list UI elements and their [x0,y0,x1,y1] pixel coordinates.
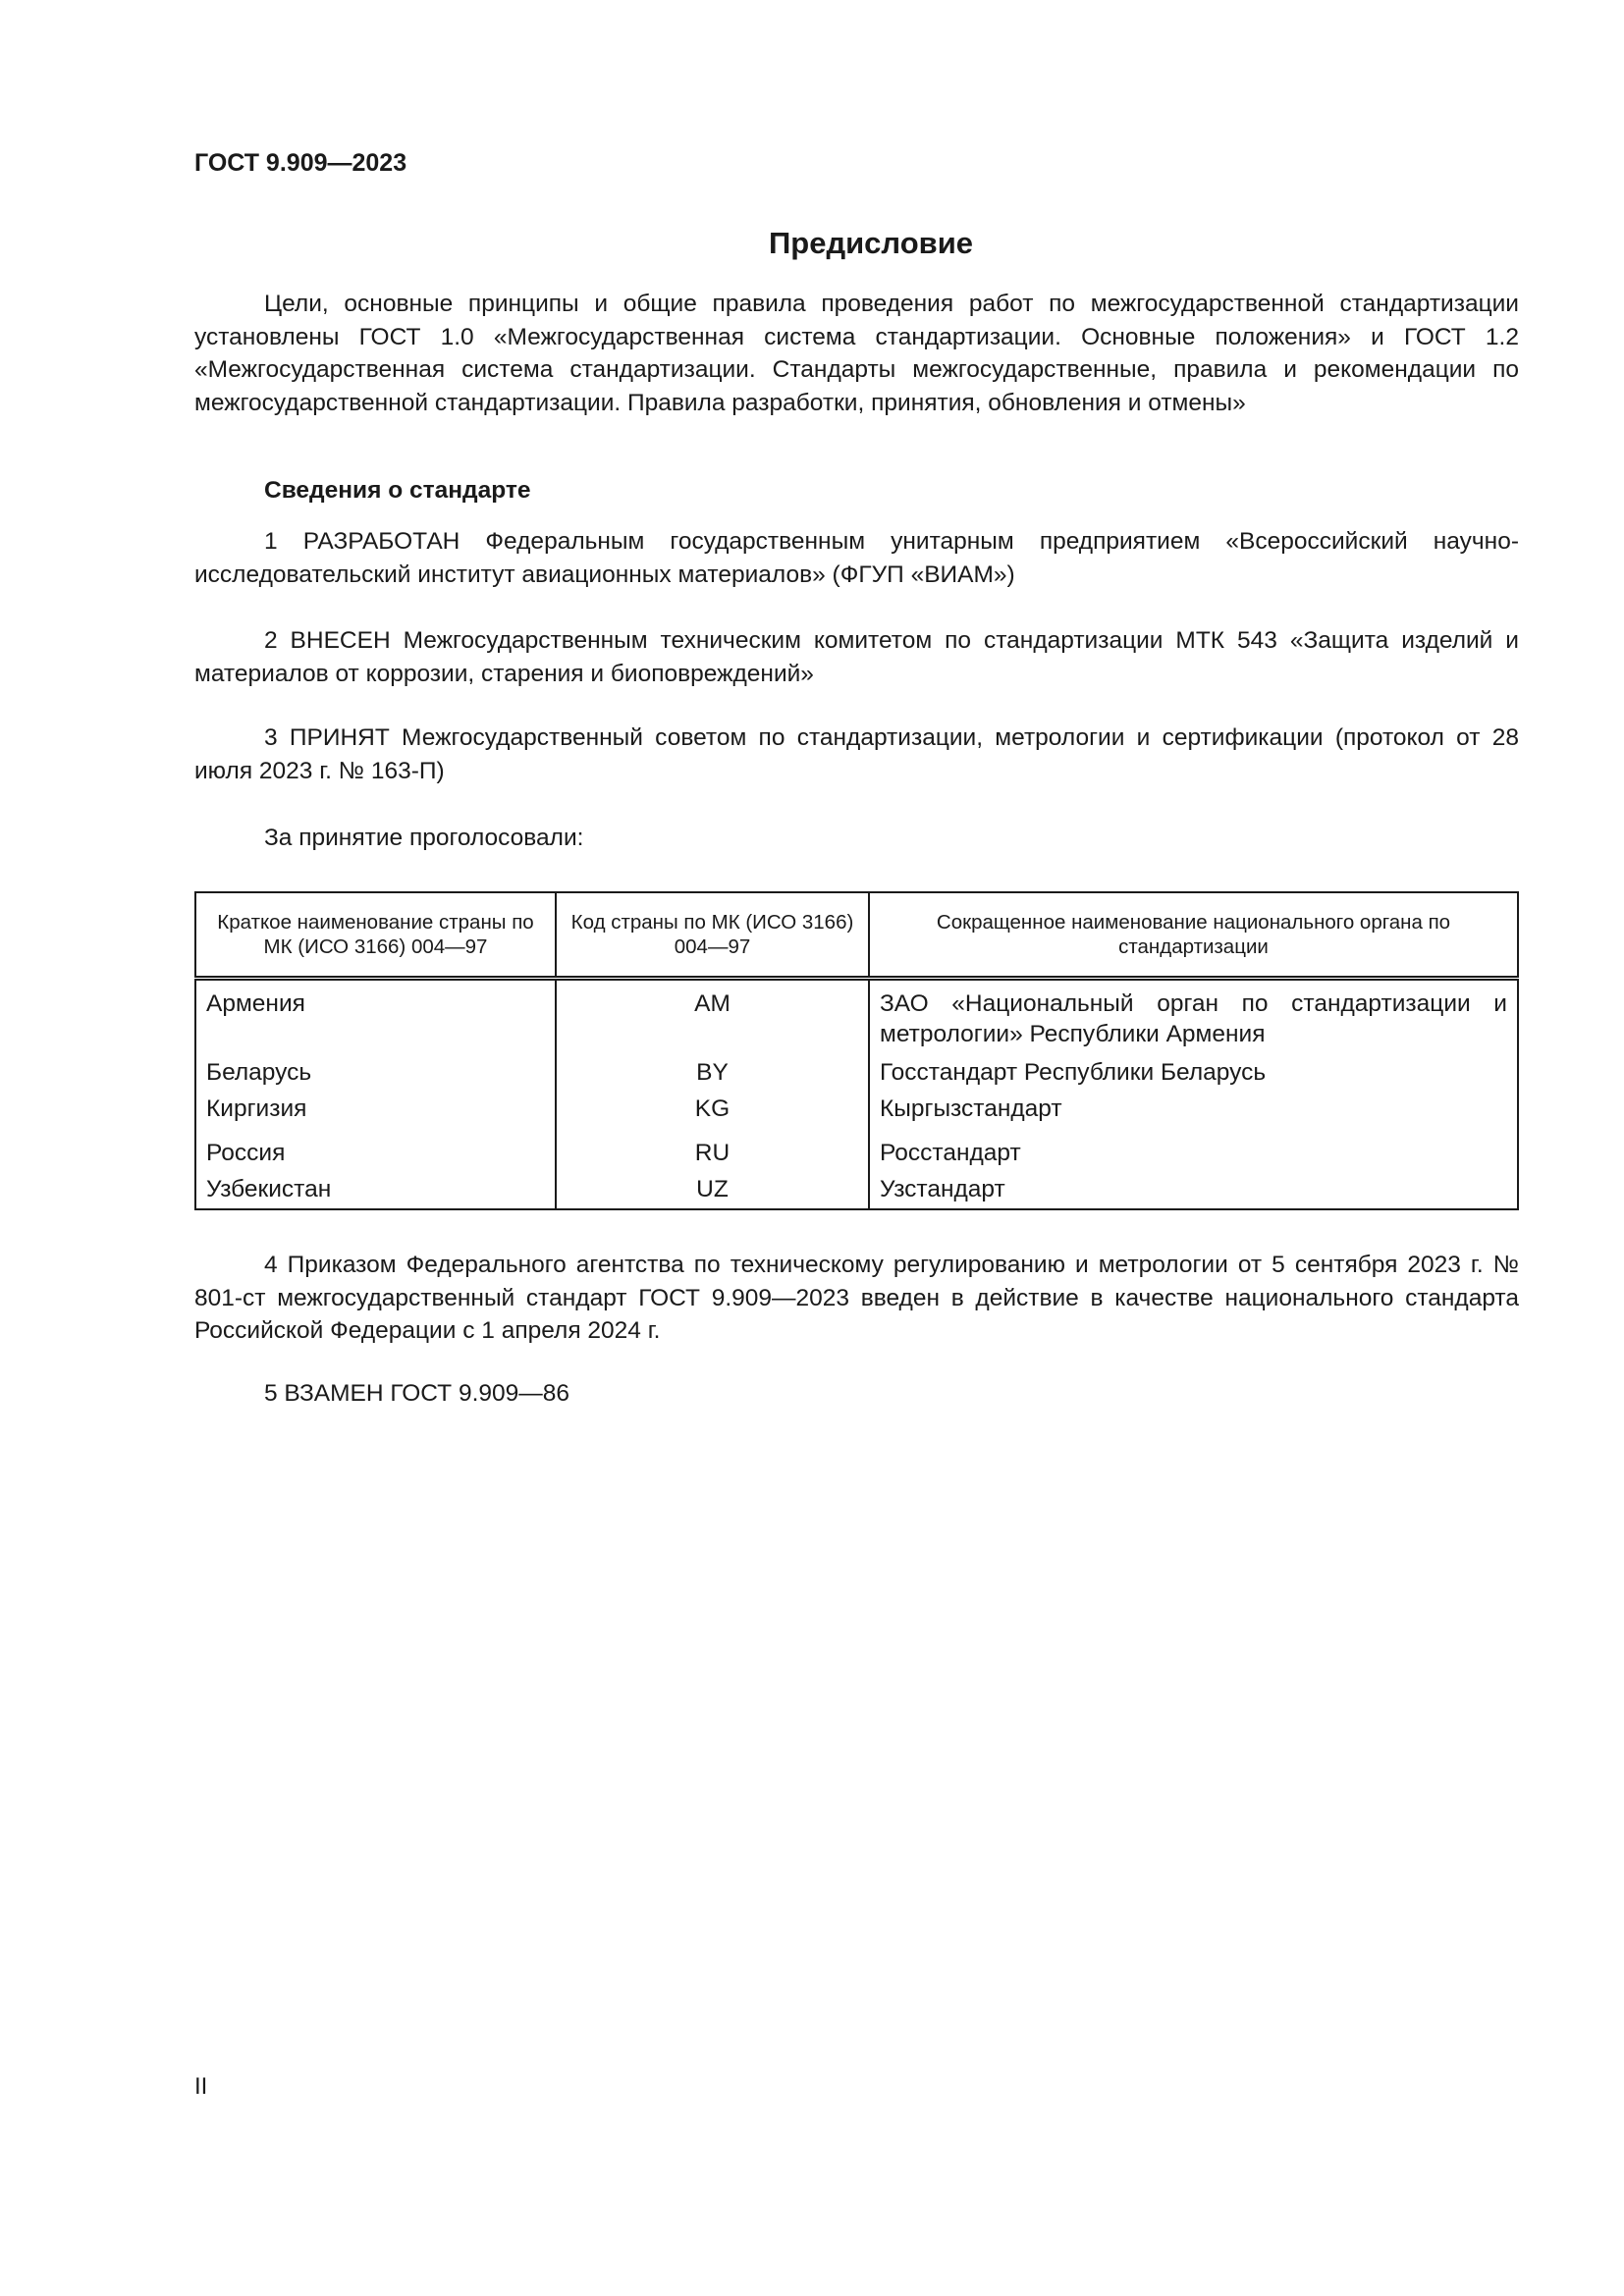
national-body: ЗАО «Национальный орган по стандартизаци… [869,979,1518,1052]
country-name: Россия [195,1126,556,1170]
country-code: RU [556,1126,869,1170]
country-name: Беларусь [195,1051,556,1090]
page-number: II [194,2073,207,2101]
header-country-code: Код страны по МК (ИСО 3166) 004—97 [556,892,869,979]
country-name: Армения [195,979,556,1052]
item-2-submitted: 2 ВНЕСЕН Межгосударственным техническим … [194,624,1519,690]
item-4-enacted: 4 Приказом Федерального агентства по тех… [194,1249,1519,1348]
page-title: Предисловие [0,226,1624,261]
national-body: Госстандарт Республики Беларусь [869,1051,1518,1090]
section-heading: Сведения о стандарте [264,477,530,505]
national-body: Кыргызстандарт [869,1090,1518,1126]
country-code: UZ [556,1170,869,1209]
country-name: Киргизия [195,1090,556,1126]
table-row: Беларусь BY Госстандарт Республики Белар… [195,1051,1518,1090]
voting-countries-table: Краткое наименование страны по МК (ИСО 3… [194,891,1519,1210]
intro-paragraph: Цели, основные принципы и общие правила … [194,288,1519,419]
header-national-body: Сокращенное наименование национального о… [869,892,1518,979]
country-code: KG [556,1090,869,1126]
table-header-row: Краткое наименование страны по МК (ИСО 3… [195,892,1518,979]
item-1-developed: 1 РАЗРАБОТАН Федеральным государственным… [194,525,1519,591]
table-row: Узбекистан UZ Узстандарт [195,1170,1518,1209]
vote-label: За принятие проголосовали: [194,822,1519,855]
document-code: ГОСТ 9.909—2023 [194,149,406,178]
item-3-adopted: 3 ПРИНЯТ Межгосударственный советом по с… [194,721,1519,787]
country-code: AM [556,979,869,1052]
table-row: Россия RU Росстандарт [195,1126,1518,1170]
country-code: BY [556,1051,869,1090]
table-row: Киргизия KG Кыргызстандарт [195,1090,1518,1126]
country-name: Узбекистан [195,1170,556,1209]
national-body: Росстандарт [869,1126,1518,1170]
national-body: Узстандарт [869,1170,1518,1209]
table-row: Армения AM ЗАО «Национальный орган по ст… [195,979,1518,1052]
header-country-name: Краткое наименование страны по МК (ИСО 3… [195,892,556,979]
item-5-replaces: 5 ВЗАМЕН ГОСТ 9.909—86 [194,1377,1519,1411]
